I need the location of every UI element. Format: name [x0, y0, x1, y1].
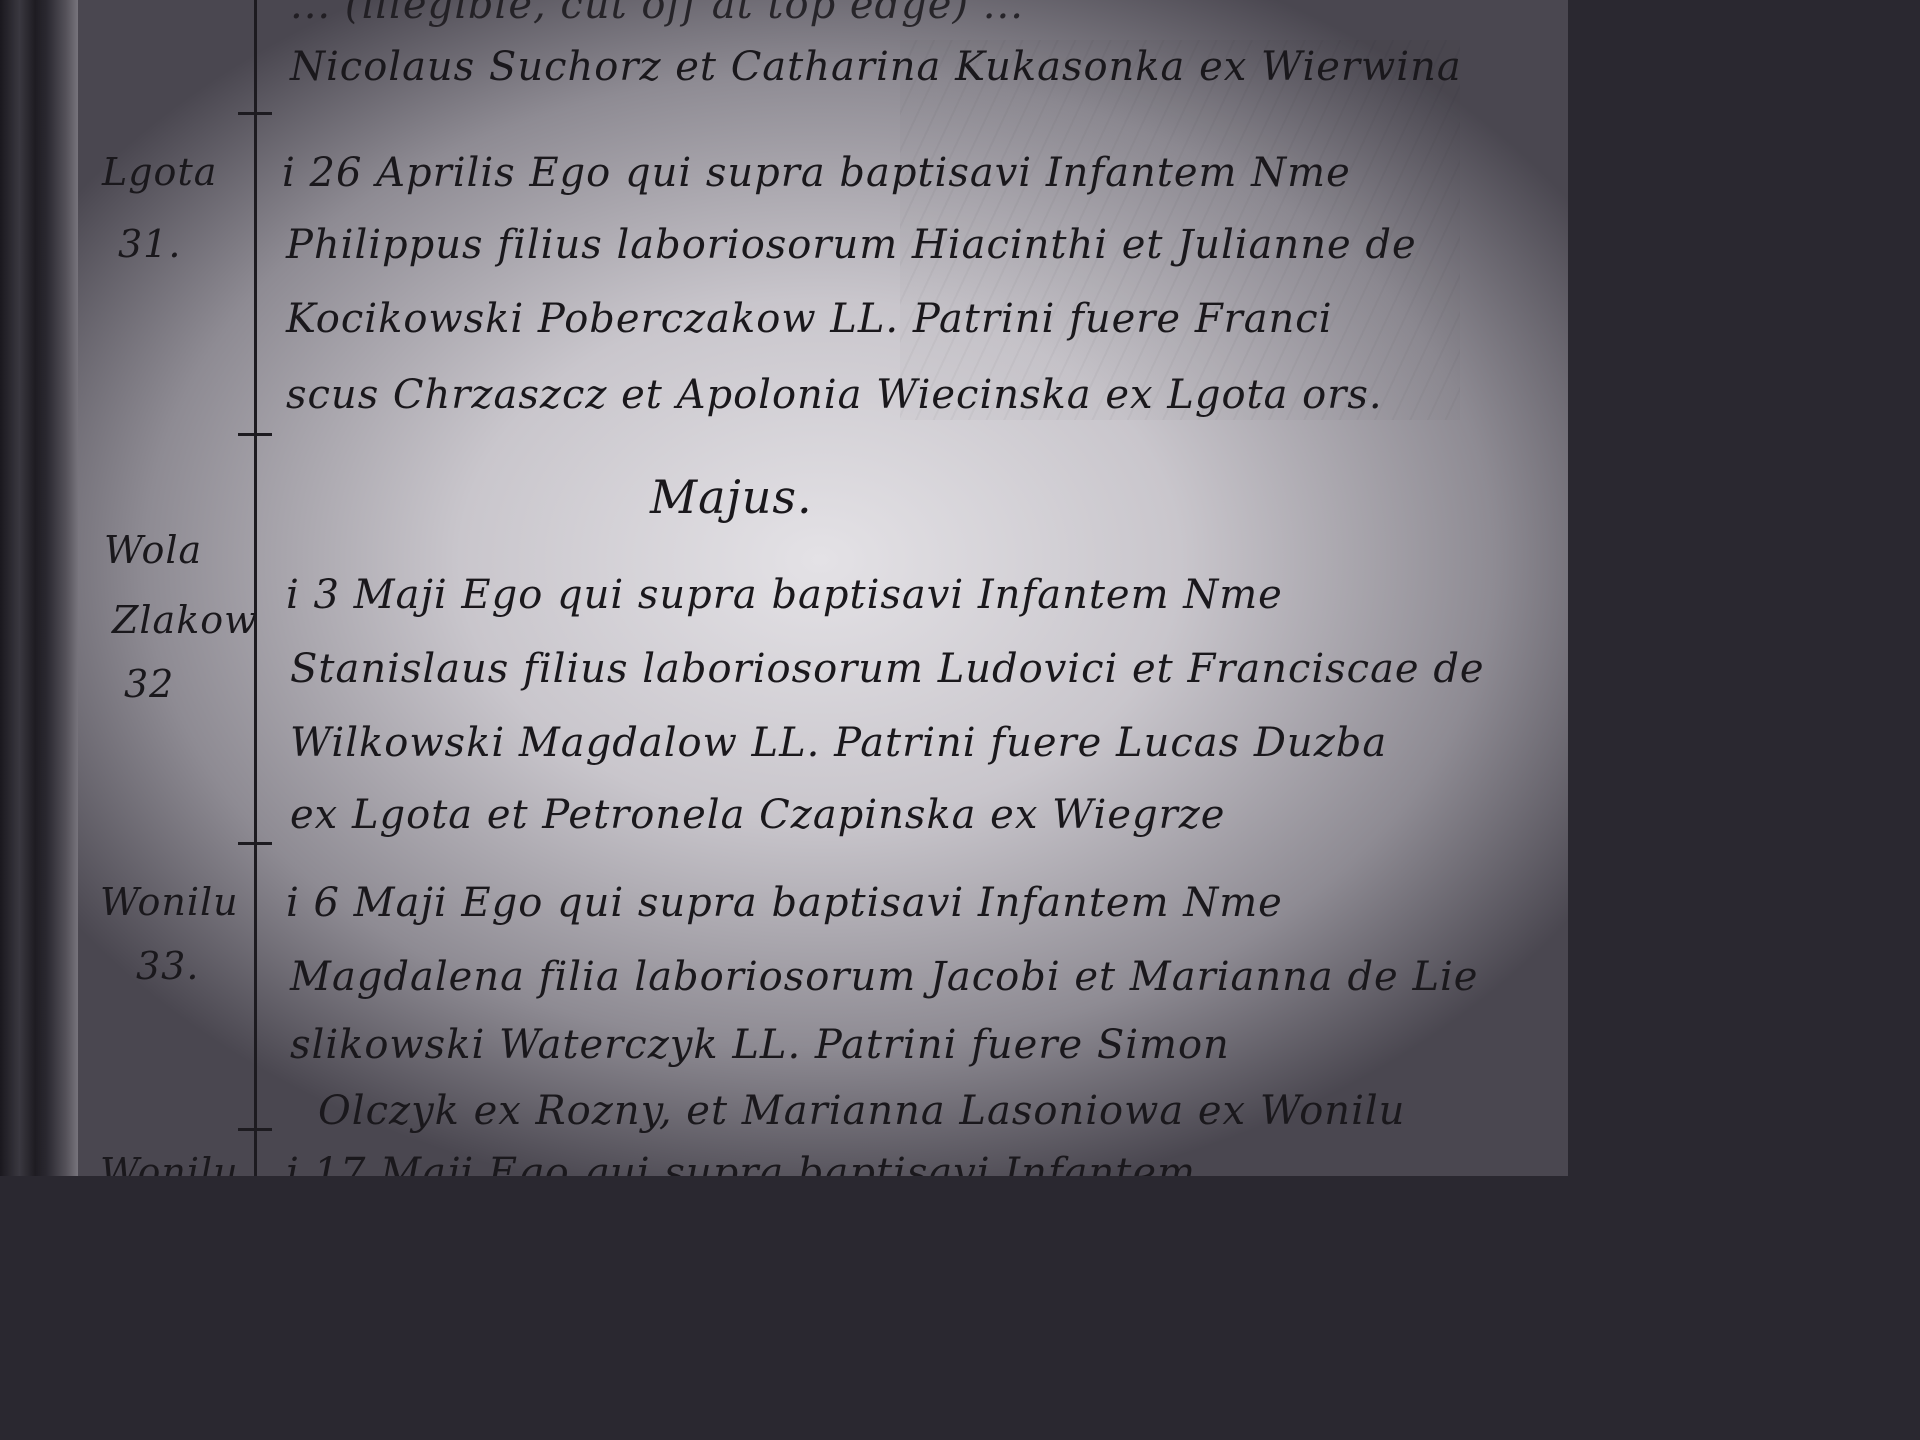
entry-line: ex Lgota et Petronela Czapinska ex Wiegr… — [290, 792, 1225, 838]
margin-entry-number: 33. — [136, 944, 199, 988]
entry-line: slikowski Waterczyk LL. Patrini fuere Si… — [290, 1022, 1230, 1068]
margin-rule — [254, 0, 257, 1176]
margin-place: Wonilu — [100, 1150, 239, 1176]
entry-line: Olczyk ex Rozny, et Marianna Lasoniowa e… — [318, 1088, 1405, 1134]
margin-place-2: Zlakow — [112, 598, 258, 642]
entry-divider-tick — [238, 842, 272, 845]
margin-place: Wola — [104, 528, 202, 572]
manuscript-page: ... (illegible, cut off at top edge) ...… — [0, 0, 1568, 1176]
entry-line: Stanislaus filius laboriosorum Ludovici … — [290, 646, 1485, 692]
entry-line: i 17 Maji Ego qui supra baptisavi Infant… — [286, 1150, 1251, 1176]
entry-divider-tick — [238, 112, 272, 115]
entry-line: Kocikowski Poberczakow LL. Patrini fuere… — [286, 296, 1333, 342]
entry-line: i 26 Aprilis Ego qui supra baptisavi Inf… — [282, 150, 1351, 196]
entry-divider-tick — [238, 433, 272, 436]
entry-line: Magdalena filia laboriosorum Jacobi et M… — [290, 954, 1478, 1000]
entry-line: Philippus filius laboriosorum Hiacinthi … — [286, 222, 1417, 268]
text-line-cut: ... (illegible, cut off at top edge) ... — [290, 0, 1024, 28]
text-line: Nicolaus Suchorz et Catharina Kukasonka … — [290, 44, 1462, 90]
entry-line: Wilkowski Magdalow LL. Patrini fuere Luc… — [290, 720, 1387, 766]
entry-divider-tick — [238, 1128, 272, 1131]
month-heading: Majus. — [650, 470, 813, 524]
margin-entry-number: 32 — [124, 662, 174, 706]
entry-line: i 6 Maji Ego qui supra baptisavi Infante… — [286, 880, 1283, 926]
entry-line: i 3 Maji Ego qui supra baptisavi Infante… — [286, 572, 1283, 618]
margin-place: Lgota — [102, 150, 217, 194]
margin-place: Wonilu — [100, 880, 239, 924]
entry-line: scus Chrzaszcz et Apolonia Wiecinska ex … — [286, 372, 1383, 418]
margin-entry-number: 31. — [118, 222, 181, 266]
book-binding-gutter — [0, 0, 78, 1176]
